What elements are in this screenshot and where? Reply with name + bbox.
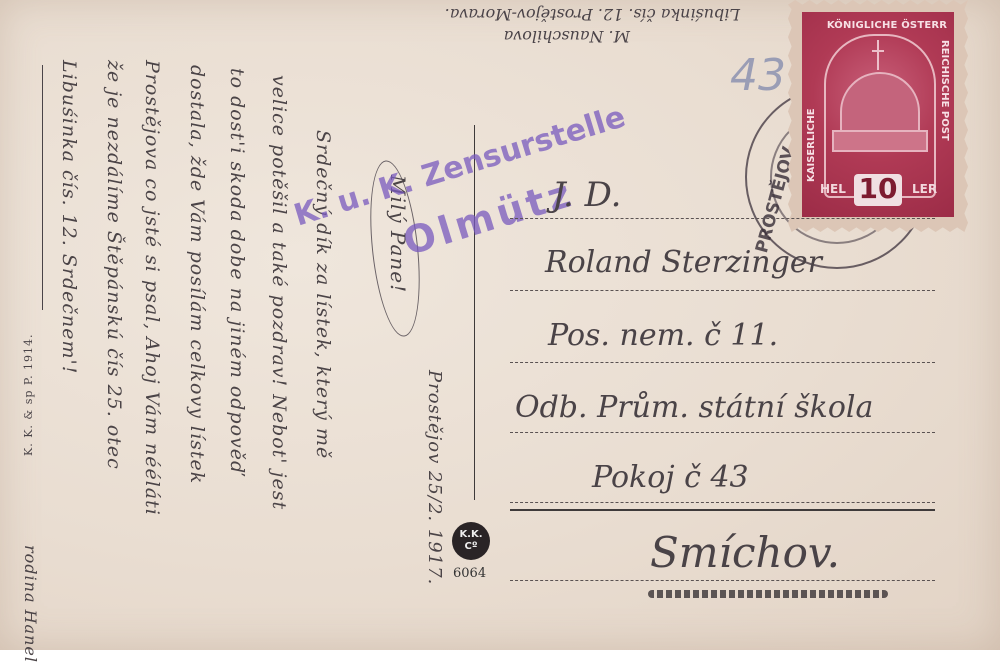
sender-address-upside-down: Libuśinka čís. 12. Prostějov-Morava. M. … xyxy=(320,2,740,52)
stamp-inscription-left: KAISERLICHE xyxy=(806,108,817,182)
address-rule xyxy=(510,362,935,363)
address-rule xyxy=(510,218,935,219)
stamp-unit-right: LER xyxy=(912,182,937,196)
postcard-back: Libuśinka čís. 12. Prostějov-Morava. M. … xyxy=(0,0,1000,650)
sender-line-2: Libuśinka čís. 12. Prostějov-Morava. xyxy=(445,5,740,24)
sender-line-1: M. Nauschilova xyxy=(504,27,630,46)
signoff: rodina Hanel xyxy=(21,545,40,655)
address-line-2: Roland Sterzinger xyxy=(545,245,822,280)
address-rule xyxy=(510,502,935,503)
address-rule-solid xyxy=(510,509,935,511)
print-number: 6064 xyxy=(453,566,486,581)
logo-line-2: Cº xyxy=(452,541,490,553)
message-line: to dost'i skoda dobe na jiném odpověď xyxy=(226,68,248,474)
address-rule xyxy=(510,580,935,581)
stamp-value: 10 xyxy=(854,172,902,205)
stamp-design: KÖNIGLICHE ÖSTERR KAISERLICHE REICHISCHE… xyxy=(802,12,954,217)
stamp-unit-left: HEL xyxy=(820,182,846,196)
place-date: Prostějov 25/2. 1917. xyxy=(424,370,445,585)
message-line: že je nezdálíme Štěpánskú čís 25. otec xyxy=(103,60,125,470)
imprint-rule xyxy=(42,65,43,310)
postage-stamp: KÖNIGLICHE ÖSTERR KAISERLICHE REICHISCHE… xyxy=(788,0,968,232)
address-line-5: Pokoj č 43 xyxy=(592,460,749,495)
pencil-note: 43 xyxy=(730,50,786,101)
stamp-inscription-right: REICHISCHE POST xyxy=(939,40,950,141)
divider-line xyxy=(474,125,475,500)
address-line-3: Pos. nem. č 11. xyxy=(548,318,778,353)
address-line-6: Smíchov. xyxy=(650,528,840,577)
logo-line-1: K.K. xyxy=(452,529,490,541)
address-rule xyxy=(510,290,935,291)
address-line-1: J. D. xyxy=(552,175,621,215)
message-line: dostala, žde Vám posílám celkovy lístek xyxy=(186,65,208,484)
message-line: Prostějova co jsté si psal, Ahoj Vám néé… xyxy=(141,60,163,516)
printer-imprint: K. K. & sp P. 1914. xyxy=(22,333,35,456)
crown-cross-icon xyxy=(872,40,884,70)
city-underline xyxy=(648,590,888,598)
crown-band xyxy=(832,130,928,152)
message-line: Libuśinka čís. 12. Srdečnem'! xyxy=(58,60,80,374)
address-line-4: Odb. Prům. státní škola xyxy=(515,390,873,425)
message-line: Srdečný dík za lístek, který mě xyxy=(312,130,334,459)
publisher-logo: K.K. Cº xyxy=(452,522,490,560)
address-rule xyxy=(510,432,935,433)
stamp-inscription-top: KÖNIGLICHE ÖSTERR xyxy=(822,20,952,31)
message-line: velice potěšil a také pozdrav! Nebot' je… xyxy=(268,75,290,510)
